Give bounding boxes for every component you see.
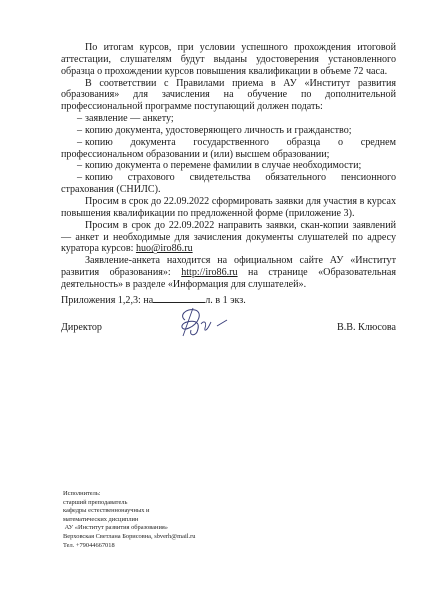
list-item: –копию страхового свидетельства обязател… [61, 172, 396, 196]
letter-body: По итогам курсов, при условии успешного … [61, 42, 396, 291]
executor-organization: АУ «Институт развития образования» [63, 524, 195, 533]
executor-label: Исполнитель: [63, 490, 195, 499]
list-item: –копию документа о перемене фамилии в сл… [61, 160, 396, 172]
paragraph-course-results: По итогам курсов, при условии успешного … [61, 42, 396, 78]
required-documents-list: –заявление — анкету; –копию документа, у… [61, 113, 396, 196]
paragraph-admission-rules: В соответствии с Правилами приема в АУ «… [61, 78, 396, 114]
executor-info: Исполнитель: старший преподаватель кафед… [63, 490, 195, 550]
executor-department: кафедры естественнонаучных и [63, 507, 195, 516]
paragraph-application-form: Заявление-анкета находится на официально… [61, 255, 396, 291]
website-link[interactable]: http://iro86.ru [181, 267, 237, 278]
list-item: –копию документа, удостоверяющего личнос… [61, 125, 396, 137]
paragraph-send-documents: Просим в срок до 22.09.2022 направить за… [61, 220, 396, 256]
handwritten-signature-icon [171, 302, 241, 342]
executor-name-email: Верховская Светлана Борисовна, sbverh@ma… [63, 533, 195, 542]
executor-phone: Тел. +79044667018 [63, 542, 195, 551]
curator-email-link[interactable]: huo@iro86.ru [136, 243, 193, 254]
paragraph-application-deadline: Просим в срок до 22.09.2022 сформировать… [61, 196, 396, 220]
signer-name: В.В. Клюсова [337, 322, 396, 333]
signer-title: Директор [61, 322, 102, 333]
signature-block: Директор В.В. Клюсова [61, 322, 396, 342]
list-item: –копию документа государственного образц… [61, 137, 396, 161]
executor-position: старший преподаватель [63, 499, 195, 508]
executor-department-cont: математических дисциплин [63, 516, 195, 525]
list-item: –заявление — анкету; [61, 113, 396, 125]
